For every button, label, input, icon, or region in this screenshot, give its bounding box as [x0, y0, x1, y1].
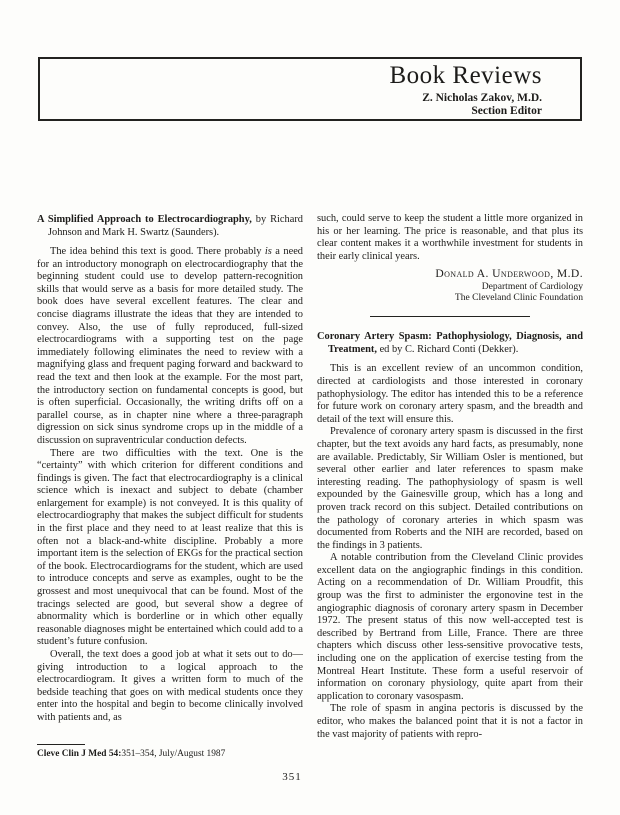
- citation-journal: Cleve Clin J Med 54:: [37, 749, 121, 759]
- reviewer-name: Donald A. Underwood, M.D.: [317, 267, 583, 281]
- page-number: 351: [37, 771, 547, 783]
- review2-title-tail: ed by C. Richard Conti (Dekker).: [377, 344, 518, 355]
- review2-paragraph-3: A notable contribution from the Clevelan…: [317, 552, 583, 703]
- review1-paragraph-3-continued: such, could serve to keep the student a …: [317, 213, 583, 263]
- page-title: Book Reviews: [40, 62, 542, 90]
- book-reviews-header-box: Book Reviews Z. Nicholas Zakov, M.D. Sec…: [38, 57, 582, 121]
- review2-paragraph-1: This is an excellent review of an uncomm…: [317, 363, 583, 426]
- two-column-body: A Simplified Approach to Electrocardiogr…: [37, 213, 583, 765]
- review1-paragraph-2: There are two difficulties with the text…: [37, 448, 303, 650]
- review1-title: A Simplified Approach to Electrocardiogr…: [37, 214, 252, 225]
- section-editor-role: Section Editor: [40, 105, 542, 118]
- journal-page: Book Reviews Z. Nicholas Zakov, M.D. Sec…: [0, 0, 620, 815]
- review1-heading: A Simplified Approach to Electrocardiogr…: [37, 213, 303, 239]
- review1-title-tail: by: [252, 214, 266, 225]
- review1-signature-block: Donald A. Underwood, M.D. Department of …: [317, 267, 583, 303]
- review1-paragraph-1-post: a need for an introductory monograph on …: [37, 246, 303, 446]
- citation-footnote: Cleve Clin J Med 54:351–354, July/August…: [37, 744, 303, 760]
- footnote-rule: [37, 744, 85, 745]
- left-column: A Simplified Approach to Electrocardiogr…: [37, 213, 303, 765]
- review1-paragraph-1-pre: The idea behind this text is good. There…: [50, 246, 265, 257]
- review1-paragraph-1: The idea behind this text is good. There…: [37, 246, 303, 448]
- review2-paragraph-4: The role of spasm in angina pectoris is …: [317, 703, 583, 741]
- right-column: such, could serve to keep the student a …: [317, 213, 583, 765]
- section-editor-name: Z. Nicholas Zakov, M.D.: [40, 92, 542, 105]
- review1-paragraph-1-italic: is: [265, 246, 272, 257]
- reviewer-department: Department of Cardiology: [317, 281, 583, 292]
- review2-heading: Coronary Artery Spasm: Pathophysiology, …: [317, 330, 583, 356]
- review1-paragraph-3-left: Overall, the text does a good job at wha…: [37, 649, 303, 725]
- citation-text: Cleve Clin J Med 54:351–354, July/August…: [37, 749, 303, 760]
- reviewer-organization: The Cleveland Clinic Foundation: [317, 292, 583, 303]
- review-separator-rule: [370, 316, 530, 317]
- review2-paragraph-2: Prevalence of coronary artery spasm is d…: [317, 426, 583, 552]
- citation-pages: 351–354, July/August 1987: [121, 749, 225, 759]
